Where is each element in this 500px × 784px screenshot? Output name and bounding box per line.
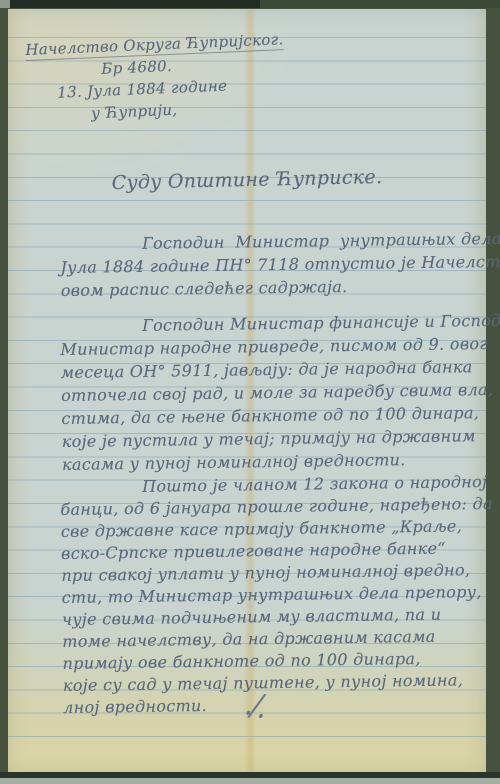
scan-table-strip: [0, 778, 500, 784]
paragraph-3: Пошто је чланом 12 закона о народнојбанц…: [60, 471, 469, 719]
letter-sheet: Начелство Округа Ћупријског. Бр 4680. 13…: [8, 9, 486, 772]
letterhead: Начелство Округа Ћупријског. Бр 4680. 13…: [25, 28, 287, 127]
addressee-line: Суду Општине Ћуприске.: [8, 164, 486, 197]
scan-backdrop-top-edge: [0, 0, 500, 8]
paragraph-2: Господин Министар финансије и ГосподинМи…: [60, 309, 468, 476]
scanned-document-photo: { "scan": { "backdrop_color": "#47523e",…: [0, 0, 500, 784]
handwritten-line: овом распис следећег садржаја.: [61, 273, 467, 302]
paragraph-1: Господин Министар унутрашњих дела 3.Јула…: [60, 227, 467, 302]
